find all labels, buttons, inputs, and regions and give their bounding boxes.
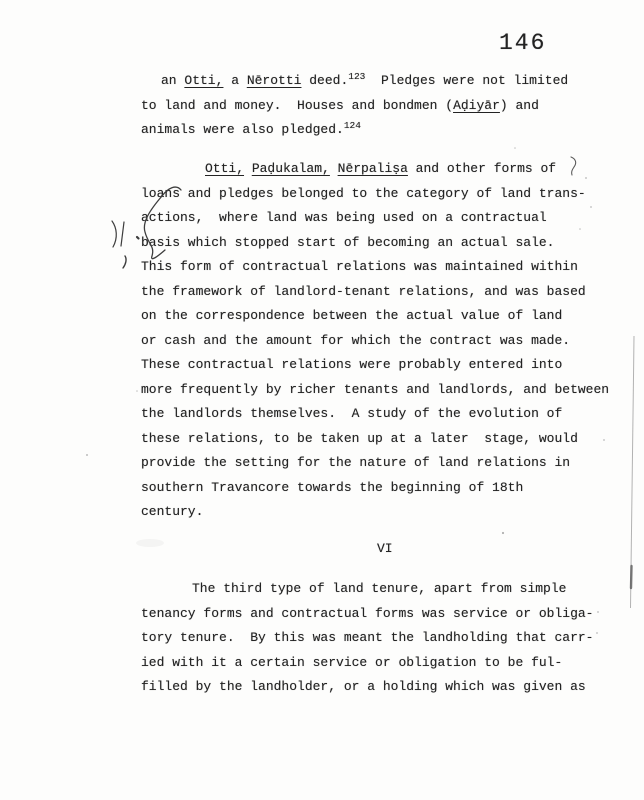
text-line: animals were also pledged.124 (141, 118, 641, 143)
text-run: actions, where land was being used on a … (141, 210, 547, 225)
text-line: on the correspondence between the actual… (141, 304, 641, 329)
text-run: basis which stopped start of becoming an… (141, 235, 554, 250)
text-line: The third type of land tenure, apart fro… (141, 577, 641, 602)
text-run: more frequently by richer tenants and la… (141, 382, 609, 397)
text-line: tory tenure. By this was meant the landh… (141, 626, 641, 651)
text-line: the landlords themselves. A study of the… (141, 402, 641, 427)
text-run (244, 161, 252, 176)
text-run: these relations, to be taken up at a lat… (141, 431, 578, 446)
text-line: filled by the landholder, or a holding w… (141, 675, 641, 700)
text-run: and other forms of (408, 161, 556, 176)
text-run: on the correspondence between the actual… (141, 308, 562, 323)
text-run (330, 161, 338, 176)
text-run: century. (141, 504, 203, 519)
underlined-term: Nērpaliṣa (338, 161, 408, 176)
text-run: Pledges were not limited (365, 73, 568, 88)
text-run: deed. (301, 73, 348, 88)
text-column: an Otti, a Nērotti deed.123 Pledges were… (141, 69, 641, 700)
text-run: to land and money. Houses and bondmen ( (141, 98, 453, 113)
paragraph: The third type of land tenure, apart fro… (141, 577, 641, 700)
handwritten-dot-mark (137, 237, 139, 239)
text-line: the framework of landlord-tenant relatio… (141, 280, 641, 305)
scanned-document-page: 146 an Otti, a Nērotti deed.123 Pledges … (0, 0, 644, 800)
text-line: century. (141, 500, 641, 525)
text-line: VI (141, 537, 641, 562)
paragraph: an Otti, a Nērotti deed.123 Pledges were… (141, 69, 641, 143)
text-line: or cash and the amount for which the con… (141, 329, 641, 354)
text-run: southern Travancore towards the beginnin… (141, 480, 523, 495)
text-run: provide the setting for the nature of la… (141, 455, 570, 470)
text-line: tenancy forms and contractual forms was … (141, 602, 641, 627)
text-run: the landlords themselves. A study of the… (141, 406, 562, 421)
text-run: tenancy forms and contractual forms was … (141, 606, 593, 621)
underlined-term: Nērotti (247, 73, 302, 88)
text-run: The third type of land tenure, apart fro… (192, 581, 566, 596)
underlined-term: Aḍiyār (453, 98, 500, 113)
underlined-term: Otti, (184, 73, 223, 88)
handwritten-paren-mark (112, 221, 116, 247)
text-line: southern Travancore towards the beginnin… (141, 476, 641, 501)
text-line: This form of contractual relations was m… (141, 255, 641, 280)
text-run: an (161, 73, 184, 88)
text-line: to land and money. Houses and bondmen (A… (141, 94, 641, 119)
page-number: 146 (499, 30, 546, 56)
text-line: these relations, to be taken up at a lat… (141, 427, 641, 452)
underlined-term: Otti, (205, 161, 244, 176)
text-run: ) and (500, 98, 539, 113)
text-run: loans and pledges belonged to the catego… (141, 186, 586, 201)
text-line: loans and pledges belonged to the catego… (141, 182, 641, 207)
text-run: VI (377, 541, 393, 556)
text-line: basis which stopped start of becoming an… (141, 231, 641, 256)
text-run: These contractual relations were probabl… (141, 357, 562, 372)
handwritten-stroke-mark (121, 222, 124, 246)
text-run: a (223, 73, 246, 88)
handwritten-comma-mark (123, 256, 126, 268)
text-line: ied with it a certain service or obligat… (141, 651, 641, 676)
footnote-ref: 123 (348, 71, 365, 82)
section-heading: VI (141, 537, 641, 562)
text-run: animals were also pledged. (141, 122, 344, 137)
text-run: filled by the landholder, or a holding w… (141, 679, 586, 694)
text-line: provide the setting for the nature of la… (141, 451, 641, 476)
text-line: These contractual relations were probabl… (141, 353, 641, 378)
footnote-ref: 124 (344, 120, 361, 131)
text-run: the framework of landlord-tenant relatio… (141, 284, 586, 299)
text-run: or cash and the amount for which the con… (141, 333, 570, 348)
text-run: This form of contractual relations was m… (141, 259, 578, 274)
text-run: tory tenure. By this was meant the landh… (141, 630, 593, 645)
text-line: more frequently by richer tenants and la… (141, 378, 641, 403)
text-line: actions, where land was being used on a … (141, 206, 641, 231)
text-run: ied with it a certain service or obligat… (141, 655, 562, 670)
text-line: an Otti, a Nērotti deed.123 Pledges were… (141, 69, 641, 94)
text-line: Otti, Paḍukalam, Nērpaliṣa and other for… (141, 157, 641, 182)
paragraph: Otti, Paḍukalam, Nērpaliṣa and other for… (141, 157, 641, 525)
underlined-term: Paḍukalam, (252, 161, 330, 176)
